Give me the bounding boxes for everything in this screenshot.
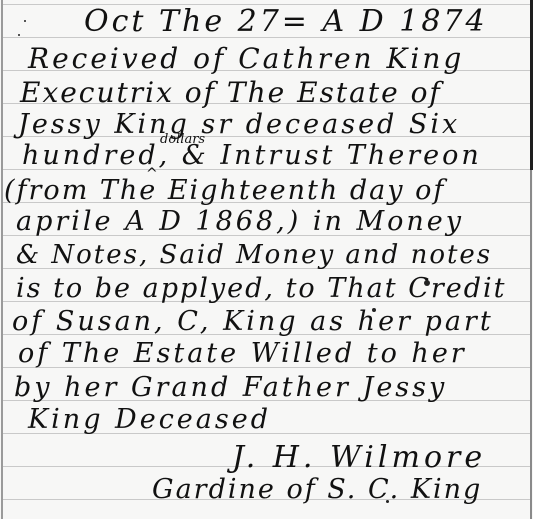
text-line: & Notes, Said Money and notes (16, 240, 492, 270)
inserted-word: dollars (160, 132, 205, 147)
insertion-caret: ^ (146, 166, 158, 182)
ink-speck (24, 20, 26, 22)
text-line: hundred, & Intrust Thereon (22, 140, 482, 171)
page-left-edge (1, 0, 3, 519)
text-line: Jessy King sr deceased Six (18, 109, 460, 140)
text-line: of The Estate Willed to her (18, 338, 467, 369)
ink-speck (386, 500, 389, 503)
date-line: Oct The 27= A D 1874 (84, 4, 488, 39)
text-line: aprile A D 1868,) in Money (16, 206, 464, 237)
ink-blot (424, 280, 430, 286)
ink-blot (372, 308, 376, 312)
text-line: Executrix of The Estate of (20, 76, 442, 109)
signature-name: J. H. Wilmore (232, 440, 486, 475)
text-line: of Susan, C, King as her part (12, 306, 494, 337)
text-line: Received of Cathren King (28, 42, 464, 75)
ink-speck (18, 34, 20, 36)
page-right-edge-faint (530, 170, 532, 519)
signature-title: Gardine of S. C. King (152, 474, 482, 505)
text-line: is to be applyed, to That Credit (16, 273, 507, 304)
handwritten-document-page: Oct The 27= A D 1874 Received of Cathren… (0, 0, 533, 519)
text-line: (from The Eighteenth day of (4, 175, 445, 206)
text-line: King Deceased (28, 404, 271, 435)
text-line: by her Grand Father Jessy (14, 372, 447, 403)
